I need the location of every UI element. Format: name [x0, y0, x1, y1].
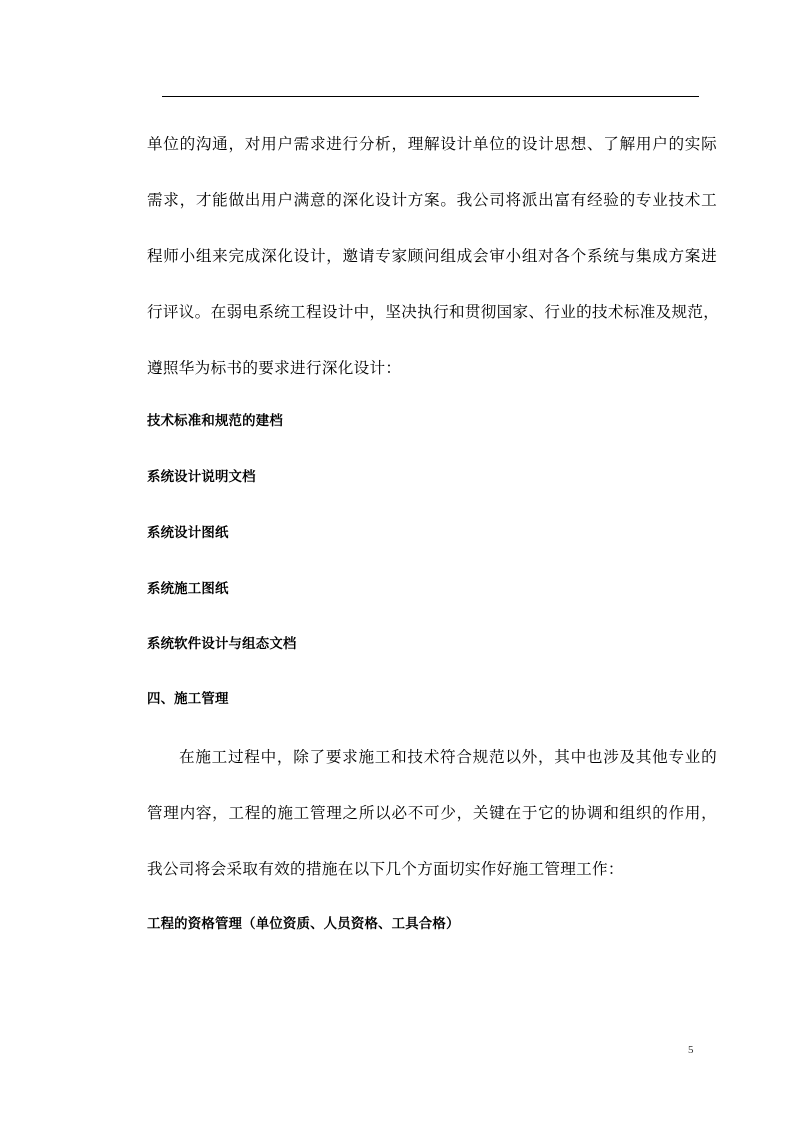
design-item-system-design-doc: 系统设计说明文档: [147, 468, 717, 488]
paragraph-1-line-3: 程师小组来完成深化设计，邀请专家顾问组成会审小组对各个系统与集成方案进: [147, 246, 717, 266]
paragraph-1-line-1: 单位的沟通，对用户需求进行分析，理解设计单位的设计思想、了解用户的实际: [147, 134, 717, 154]
design-item-software-config-doc: 系统软件设计与组态文档: [147, 635, 717, 655]
paragraph-2-line-3: 我公司将会采取有效的措施在以下几个方面切实作好施工管理工作：: [147, 859, 717, 879]
section-heading: 四、施工管理: [147, 690, 717, 710]
paragraph-1-line-4: 行评议。在弱电系统工程设计中，坚决执行和贯彻国家、行业的技术标准及规范，: [147, 302, 717, 322]
subheading-qualification-management: 工程的资格管理（单位资质、人员资格、工具合格）: [147, 915, 717, 935]
design-item-construction-drawings: 系统施工图纸: [147, 580, 717, 600]
design-item-system-design-drawings: 系统设计图纸: [147, 524, 717, 544]
design-item-standards-archive: 技术标准和规范的建档: [147, 412, 717, 432]
header-rule: [162, 96, 699, 97]
paragraph-1-line-2: 需求，才能做出用户满意的深化设计方案。我公司将派出富有经验的专业技术工: [147, 190, 717, 210]
paragraph-2-line-2: 管理内容，工程的施工管理之所以必不可少，关键在于它的协调和组织的作用，: [147, 803, 717, 823]
paragraph-2-line-1: 在施工过程中，除了要求施工和技术符合规范以外，其中也涉及其他专业的: [147, 747, 717, 767]
page-number: 5: [688, 1044, 694, 1056]
document-page: 单位的沟通，对用户需求进行分析，理解设计单位的设计思想、了解用户的实际 需求，才…: [0, 0, 793, 1122]
paragraph-1-line-5: 遵照华为标书的要求进行深化设计：: [147, 358, 717, 378]
